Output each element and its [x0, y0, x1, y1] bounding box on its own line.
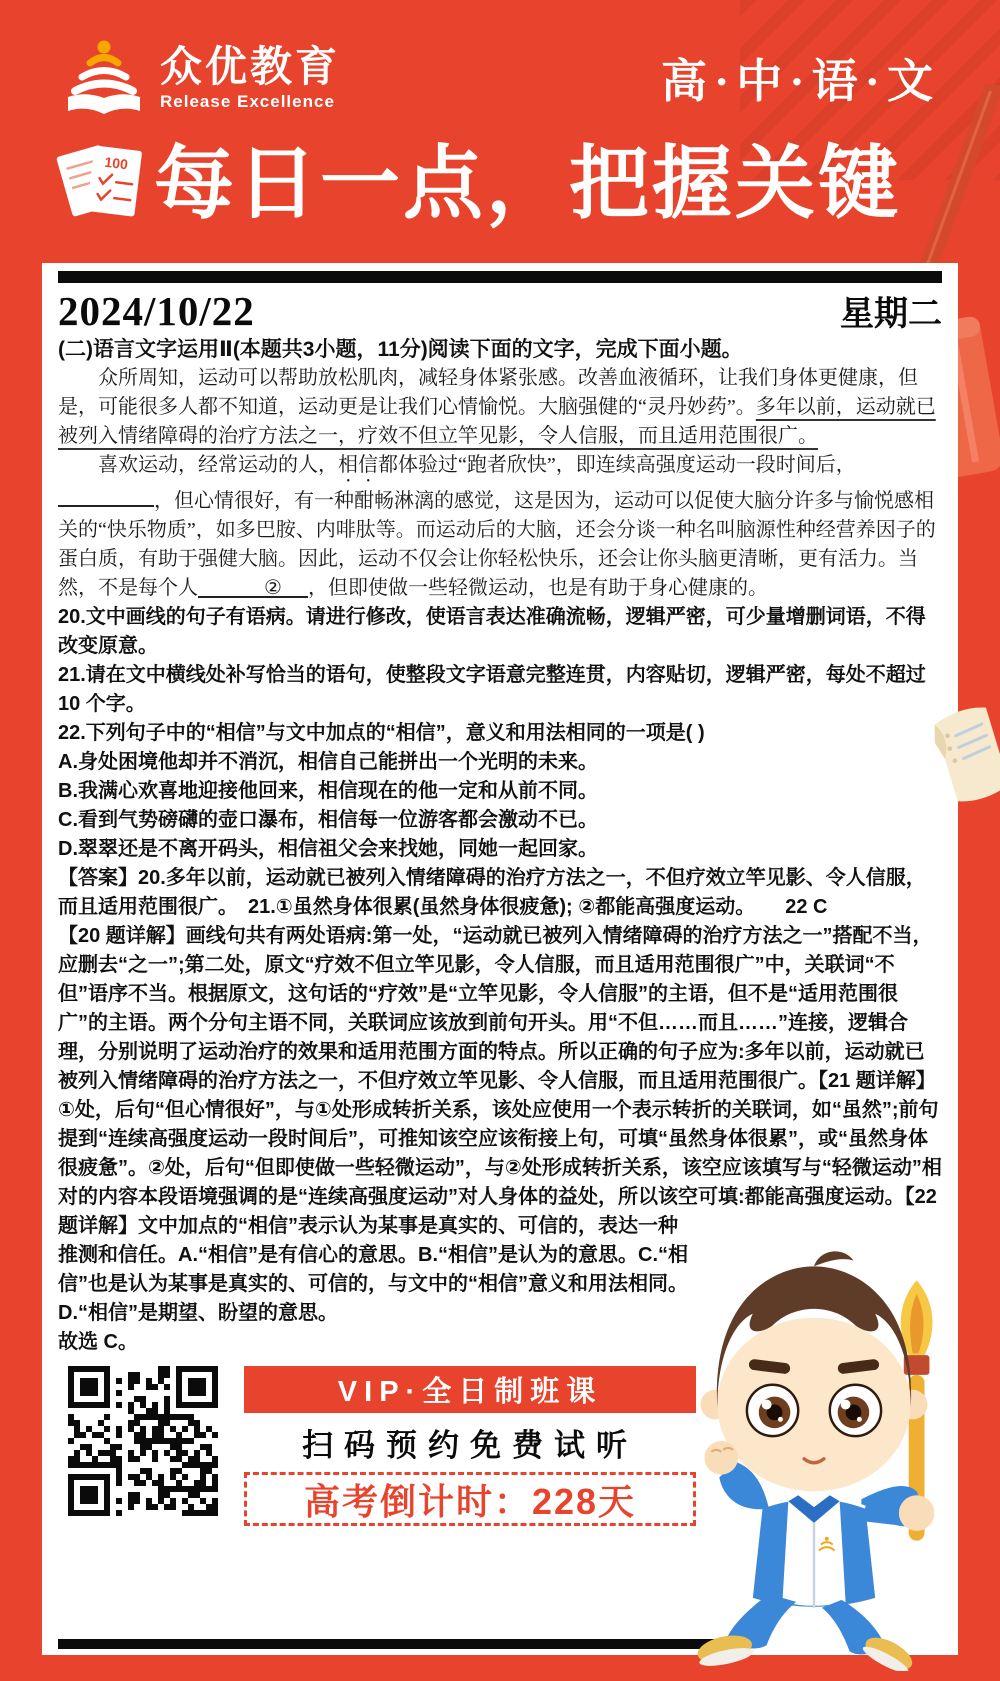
date: 2024/10/22 — [58, 287, 255, 335]
daily-practice-card: 2024/10/22 星期二 (二)语言文字运用Ⅱ(本题共3小题，11分)阅读下… — [42, 263, 958, 1655]
papers-icon: 100 — [52, 134, 154, 234]
question-20: 20.文中画线的句子有语病。请进行修改，使语言表达准确流畅，逻辑严密，可少量增删… — [58, 603, 942, 661]
poster: { "colors":{"brand_red":"#E8432C","accen… — [0, 0, 1000, 1681]
weekday: 星期二 — [840, 286, 942, 335]
questions: 20.文中画线的句子有语病。请进行修改，使语言表达准确流畅，逻辑严密，可少量增删… — [58, 603, 942, 864]
qr-code — [68, 1366, 218, 1516]
option-d: D.翠翠还是不离开码头，相信祖父会来找她，同她一起回家。 — [58, 835, 942, 864]
brand-logo: 众优教育 Release Excellence — [62, 36, 340, 120]
passage-text: ，但即使做一些轻微运动，也是有助于身心健康的。 — [308, 577, 768, 599]
option-b: B.我满心欢喜地迎接他回来，相信现在的他一定和从前不同。 — [58, 777, 942, 806]
section-heading: (二)语言文字运用Ⅱ(本题共3小题，11分)阅读下面的文字，完成下面小题。 — [58, 336, 942, 364]
top-rule — [58, 271, 942, 283]
logo-text: 众优教育 Release Excellence — [160, 44, 340, 112]
blank-1 — [58, 487, 154, 507]
vip-banner: VIP·全日制班课 — [244, 1366, 696, 1413]
subject-title: 高·中·语·文 — [661, 45, 940, 111]
open-book-logo-icon — [62, 36, 146, 120]
gaokao-countdown: 高考倒计时：228天 — [304, 1474, 636, 1525]
passage-paragraph-2: 喜欢运动，经常运动的人，相信都体验过“跑者欣快”，即连续高强度运动一段时间后，，… — [58, 451, 942, 603]
logo-title: 众优教育 — [160, 44, 340, 90]
option-c: C.看到气势磅礴的壶口瀑布，相信每一位游客都会激动不已。 — [58, 806, 942, 835]
paper-note-decoration — [934, 700, 1000, 822]
explanation-text-1: 【20 题详解】画线句共有两处语病:第一处，“运动就已被列入情绪障碍的治疗方法之… — [58, 925, 942, 1237]
page-title: 每日一点，把握关键 — [154, 138, 901, 230]
blank-2: ② — [198, 578, 308, 598]
blank-2-label: ② — [264, 577, 282, 599]
emphasized-word: 相信 — [338, 454, 378, 476]
question-21: 21.请在文中横线处补写恰当的语句，使整段文字语意完整连贯，内容贴切，逻辑严密，… — [58, 661, 942, 719]
passage-text: 都体验过“跑者欣快”，即连续高强度运动一段时间后， — [378, 454, 856, 476]
slogan-row: 100 每日一点，把握关键 — [52, 134, 901, 234]
answer-section: 【答案】20.多年以前，运动就已被列入情绪障碍的治疗方法之一，不但疗效立竿见影、… — [58, 864, 942, 922]
passage-paragraph-1: 众所周知，运动可以帮助放松肌肉，减轻身体紧张感。改善血液循环，让我们身体更健康，… — [58, 364, 942, 451]
question-22: 22.下列句子中的“相信”与文中加点的“相信”，意义和用法相同的一项是( ) — [58, 719, 942, 748]
header: 众优教育 Release Excellence 高·中·语·文 — [62, 36, 940, 120]
date-row: 2024/10/22 星期二 — [58, 286, 942, 335]
option-a: A.身处困境他却并不消沉，相信自己能拼出一个光明的未来。 — [58, 748, 942, 777]
scan-cta-text: 扫码预约免费试听 — [244, 1420, 696, 1465]
passage-text: 喜欢运动，经常运动的人， — [98, 454, 338, 476]
logo-subtitle: Release Excellence — [160, 92, 340, 112]
bottom-rule — [58, 1639, 718, 1649]
countdown-box: 高考倒计时：228天 — [244, 1472, 696, 1526]
promo-column: VIP·全日制班课 扫码预约免费试听 高考倒计时：228天 — [244, 1366, 696, 1526]
papers-score-badge: 100 — [104, 154, 129, 173]
reading-passage: 众所周知，运动可以帮助放松肌肉，减轻身体紧张感。改善血液循环，让我们身体更健康，… — [58, 364, 942, 603]
mascot-boy-illustration — [666, 1215, 962, 1671]
